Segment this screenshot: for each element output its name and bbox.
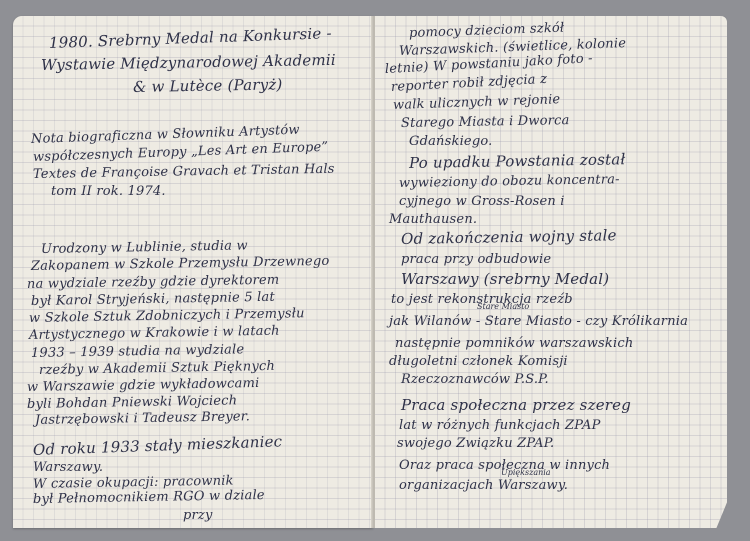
handwritten-line: cyjnego w Gross-Rosen i [399, 194, 565, 209]
handwritten-line: Mauthausen. [389, 212, 477, 227]
handwritten-line: organizacjach Warszawy. [399, 478, 568, 493]
interlinear-note: Upiększania [501, 468, 551, 477]
handwritten-line: Zakopanem w Szkole Przemysłu Drzewnego [31, 254, 330, 274]
handwritten-line: na wydziale rzeźby gdzie dyrektorem [27, 273, 280, 292]
handwritten-line: praca przy odbudowie [401, 252, 551, 267]
handwritten-line: Warszawy (srebrny Medal) [401, 270, 609, 288]
handwritten-line: pomocy dzieciom szkół [409, 21, 565, 41]
handwritten-line: walk ulicznych w rejonie [393, 92, 561, 113]
handwritten-line: 1933 – 1939 studia na wydziale [31, 342, 245, 361]
handwritten-line: Po upadku Powstania został [409, 150, 626, 172]
handwritten-line: rzeźby w Akademii Sztuk Pięknych [39, 359, 275, 378]
handwritten-line: w Warszawie gdzie wykładowcami [27, 376, 260, 395]
interlinear-note: Stare Miasto [477, 302, 529, 311]
handwritten-line: 1980. Srebrny Medal na Konkursie - [49, 24, 332, 52]
handwritten-line: długoletni członek Komisji [389, 354, 568, 369]
handwritten-line: lat w różnych funkcjach ZPAP [399, 418, 601, 433]
handwritten-line: Textes de Françoise Gravach et Tristan H… [33, 162, 335, 182]
handwritten-line: Wystawie Międzynarodowej Akademii [41, 51, 336, 74]
notebook-spread: 1980. Srebrny Medal na Konkursie - Wysta… [13, 16, 727, 528]
handwritten-line: Od zakończenia wojny stale [401, 226, 617, 248]
handwritten-line: był Karol Stryjeński, następnie 5 lat [31, 290, 275, 309]
handwritten-line: Gdańskiego. [409, 134, 492, 149]
right-page: pomocy dzieciom szkół Warszawskich. (świ… [375, 16, 727, 528]
handwritten-line: jak Wilanów - Stare Miasto - czy Królika… [389, 314, 688, 329]
handwritten-line: był Pełnomocnikiem RGO w dziale [33, 488, 265, 507]
handwritten-line: Urodzony w Lublinie, studia w [41, 238, 248, 257]
handwritten-line: Od roku 1933 stały mieszkaniec [33, 432, 283, 459]
handwritten-line: Artystycznego w Krakowie i w latach [29, 324, 280, 343]
handwritten-line: Jastrzębowski i Tadeusz Breyer. [35, 409, 250, 428]
left-page: 1980. Srebrny Medal na Konkursie - Wysta… [13, 16, 373, 528]
handwritten-line: wywieziony do obozu koncentra- [399, 172, 620, 191]
handwritten-line: Rzeczoznawców P.S.P. [401, 372, 549, 387]
handwritten-line: swojego Związku ZPAP. [397, 436, 554, 451]
handwritten-line: następnie pomników warszawskich [395, 336, 633, 351]
handwritten-line: tom II rok. 1974. [51, 184, 166, 199]
handwritten-line: Starego Miasta i Dworca [401, 113, 570, 131]
handwritten-line: & w Lutèce (Paryż) [133, 75, 283, 96]
handwritten-line: Praca społeczna przez szereg [401, 396, 631, 414]
handwritten-line: Warszawy. [33, 460, 103, 475]
handwritten-line: przy [183, 508, 213, 523]
